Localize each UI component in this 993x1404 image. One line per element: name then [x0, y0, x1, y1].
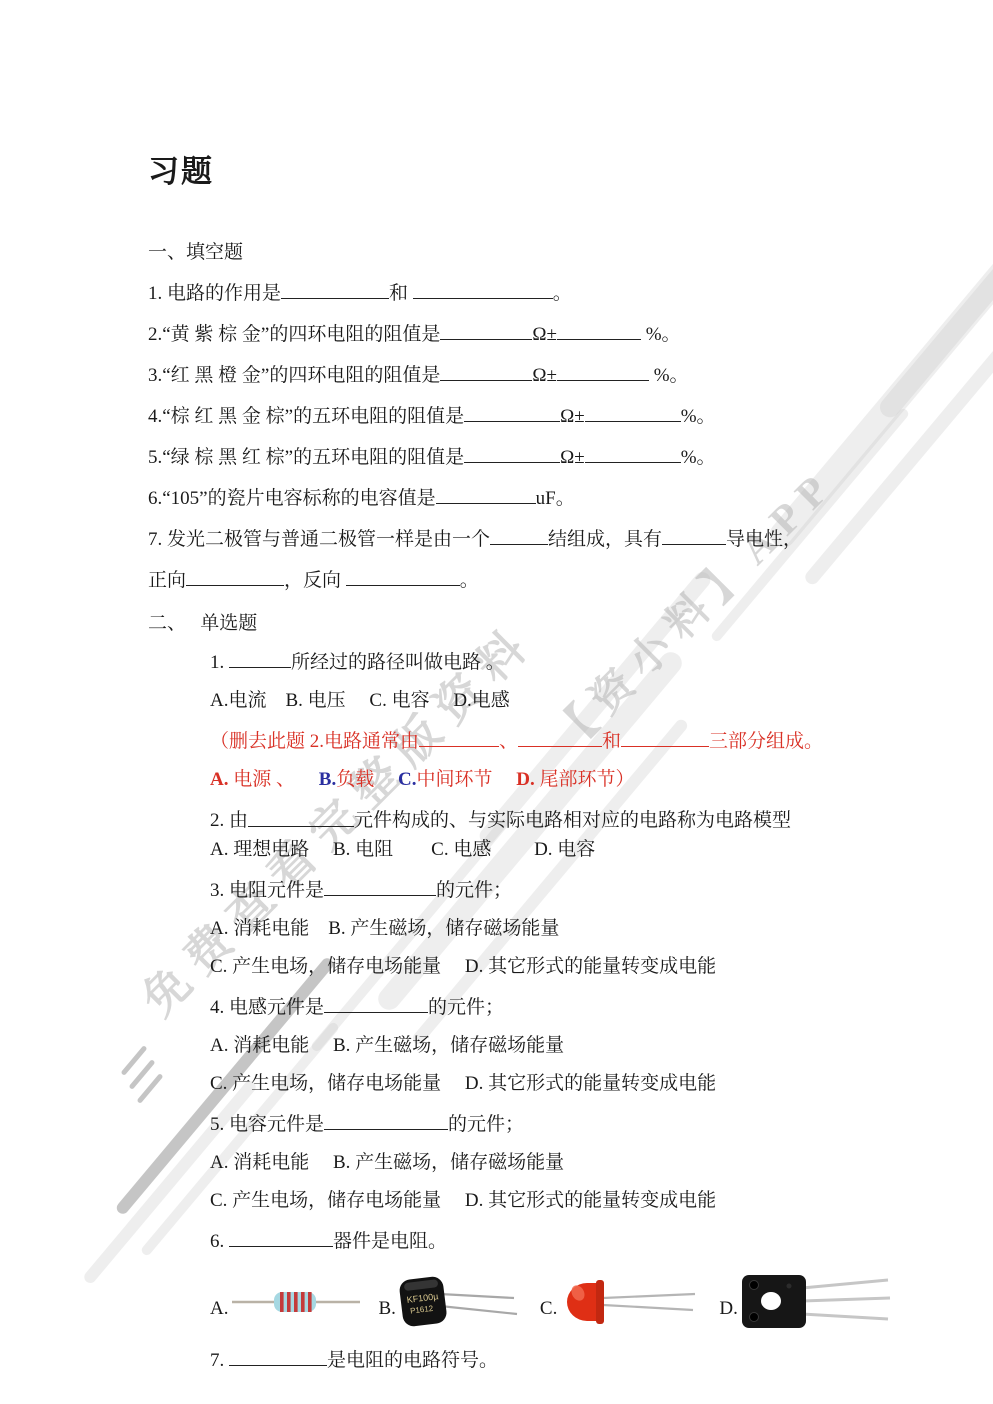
choice-q3-options-cd: C. 产生电场，储存电场能量 D. 其它形式的能量转变成电能	[148, 956, 933, 978]
choice-q7: 7. 是电阻的电路符号。	[148, 1347, 933, 1372]
document-page: 免费查看完整版资料 【资小料】APP 习题 一、填空题 1. 电路的作用是和 。…	[0, 0, 993, 1404]
deleted-question-options: A. 电源 、 B.负载 C.中间环节 D. 尾部环节）	[148, 769, 933, 791]
text-segment: Ω±	[532, 324, 557, 345]
blank-field	[464, 403, 560, 422]
choice-section-bottom: 7. 是电阻的电路符号。	[148, 1347, 933, 1372]
deleted-question: （删去此题 2.电路通常由、和三部分组成。	[148, 728, 933, 753]
text-segment: 2. 由	[210, 811, 248, 832]
text-segment: 的元件；	[436, 880, 512, 901]
text-segment: 、	[499, 731, 518, 752]
text-segment: C. 产生电场，储存电场能量 D. 其它形式的能量转变成电能	[210, 956, 716, 977]
blank-field	[413, 280, 553, 299]
text-segment: 5. 电容元件是	[210, 1114, 324, 1135]
choice-q3-options-ab: A. 消耗电能 B. 产生磁场，储存磁场能量	[148, 918, 933, 940]
choice-section-top: 1. 所经过的路径叫做电路 。A.电流 B. 电压 C. 电容 D.电感（删去此…	[148, 649, 933, 1252]
fill-item-7: 7. 发光二极管与普通二极管一样是由一个结组成，具有导电性，	[148, 526, 933, 551]
text-segment: 1.	[210, 652, 229, 673]
option-a-resistor: A.	[210, 1284, 362, 1320]
component-options-row: A. B.	[148, 1269, 933, 1335]
capacitor-photo: KF100µ P1612	[398, 1274, 518, 1330]
blank-field	[324, 877, 436, 896]
text-segment	[374, 769, 398, 790]
fill-item-4: 4.“棕 红 黑 金 棕”的五环电阻的阻值是Ω±%。	[148, 403, 933, 428]
fill-item-2: 2.“黄 紫 棕 金”的四环电阻的阻值是Ω± %。	[148, 321, 933, 346]
choice-q4-options-ab: A. 消耗电能 B. 产生磁场，储存磁场能量	[148, 1035, 933, 1057]
text-segment: 。	[460, 570, 479, 591]
text-segment: A. 理想电路 B. 电阻 C. 电感 D. 电容	[210, 839, 595, 860]
blank-field	[490, 526, 548, 545]
choice-q2-options: A. 理想电路 B. 电阻 C. 电感 D. 电容	[148, 839, 933, 861]
text-segment: Ω±	[560, 447, 585, 468]
text-segment: %。	[641, 324, 681, 345]
blank-field	[440, 321, 532, 340]
option-b-capacitor: B. KF100µ P1612	[378, 1274, 517, 1330]
blank-field	[324, 994, 428, 1013]
text-segment: 负载	[336, 769, 374, 790]
worksheet-content: 习题 一、填空题 1. 电路的作用是和 。2.“黄 紫 棕 金”的四环电阻的阻值…	[0, 0, 993, 1372]
text-segment	[300, 769, 319, 790]
text-segment: 电源 、	[233, 769, 300, 790]
text-segment: 6.	[210, 1231, 229, 1252]
text-segment: B.	[319, 769, 336, 790]
choice-q4: 4. 电感元件是的元件；	[148, 994, 933, 1019]
text-segment: 5.“绿 棕 黑 红 棕”的五环电阻的阻值是	[148, 447, 464, 468]
text-segment: A.	[210, 769, 233, 790]
text-segment: 和	[602, 731, 621, 752]
text-segment: %。	[681, 447, 716, 468]
blank-field	[585, 444, 681, 463]
blank-field	[557, 362, 649, 381]
section-2-heading: 二、 单选题	[148, 608, 933, 635]
text-segment: （删去此题 2.电路通常由	[210, 731, 419, 752]
text-segment: 是电阻的电路符号。	[327, 1350, 498, 1371]
text-segment: 4. 电感元件是	[210, 997, 324, 1018]
text-segment: A. 消耗电能 B. 产生磁场，储存磁场能量	[210, 1035, 564, 1056]
text-segment: Ω±	[560, 406, 585, 427]
choice-q4-options-cd: C. 产生电场，储存电场能量 D. 其它形式的能量转变成电能	[148, 1073, 933, 1095]
option-c-label: C.	[540, 1298, 557, 1320]
text-segment: 4.“棕 红 黑 金 棕”的五环电阻的阻值是	[148, 406, 464, 427]
text-segment	[492, 769, 516, 790]
blank-field	[186, 567, 284, 586]
blank-field	[229, 1347, 327, 1366]
text-segment: 尾部环节）	[539, 769, 634, 790]
text-segment: %。	[681, 406, 716, 427]
blank-field	[464, 444, 560, 463]
text-segment: D.	[516, 769, 539, 790]
fill-item-1: 1. 电路的作用是和 。	[148, 280, 933, 305]
blank-field	[557, 321, 641, 340]
text-segment: 2.“黄 紫 棕 金”的四环电阻的阻值是	[148, 324, 440, 345]
text-segment: 三部分组成。	[709, 731, 823, 752]
text-segment: 的元件；	[428, 997, 504, 1018]
choice-q3: 3. 电阻元件是的元件；	[148, 877, 933, 902]
choice-q5-options-cd: C. 产生电场，储存电场能量 D. 其它形式的能量转变成电能	[148, 1190, 933, 1212]
blank-field	[436, 485, 536, 504]
option-c-led: C.	[540, 1277, 699, 1327]
option-a-label: A.	[210, 1298, 228, 1320]
text-segment: 所经过的路径叫做电路 。	[291, 652, 505, 673]
option-d-label: D.	[719, 1298, 737, 1320]
text-segment: 正向	[148, 570, 186, 591]
choice-q5-options-ab: A. 消耗电能 B. 产生磁场，储存磁场能量	[148, 1152, 933, 1174]
blank-field	[229, 649, 291, 668]
text-segment: C. 产生电场，储存电场能量 D. 其它形式的能量转变成电能	[210, 1190, 716, 1211]
text-segment: 3. 电阻元件是	[210, 880, 324, 901]
text-segment: A. 消耗电能 B. 产生磁场，储存磁场能量	[210, 918, 559, 939]
blank-field	[281, 280, 389, 299]
text-segment: 3.“红 黑 橙 金”的四环电阻的阻值是	[148, 365, 440, 386]
text-segment: 。	[553, 283, 572, 304]
option-d-transistor: D.	[719, 1272, 891, 1332]
choice-q6: 6. 器件是电阻。	[148, 1228, 933, 1253]
text-segment: C.	[398, 769, 416, 790]
fill-item-6: 6.“105”的瓷片电容标称的电容值是uF。	[148, 485, 933, 510]
blank-field	[324, 1111, 448, 1130]
text-segment: 结组成，具有	[548, 529, 662, 550]
text-segment: %。	[649, 365, 689, 386]
transistor-photo	[740, 1272, 892, 1332]
blank-field	[346, 567, 460, 586]
text-segment: 1. 电路的作用是	[148, 283, 281, 304]
text-segment: A.电流 B. 电压 C. 电容 D.电感	[210, 690, 510, 711]
fill-in-section: 1. 电路的作用是和 。2.“黄 紫 棕 金”的四环电阻的阻值是Ω± %。3.“…	[148, 280, 933, 592]
blank-field	[419, 728, 499, 747]
text-segment: 和	[389, 283, 413, 304]
resistor-photo	[230, 1287, 362, 1317]
blank-field	[585, 403, 681, 422]
fill-item-5: 5.“绿 棕 黑 红 棕”的五环电阻的阻值是Ω±%。	[148, 444, 933, 469]
text-segment: 元件构成的、与实际电路相对应的电路称为电路模型	[354, 811, 791, 832]
text-segment: A. 消耗电能 B. 产生磁场，储存磁场能量	[210, 1152, 564, 1173]
text-segment: C. 产生电场，储存电场能量 D. 其它形式的能量转变成电能	[210, 1073, 716, 1094]
blank-field	[662, 526, 726, 545]
page-title: 习题	[148, 146, 933, 191]
choice-q1-options: A.电流 B. 电压 C. 电容 D.电感	[148, 690, 933, 712]
text-segment: ，反向	[284, 570, 346, 591]
text-segment: uF。	[536, 488, 575, 509]
blank-field	[248, 807, 354, 826]
blank-field	[229, 1228, 333, 1247]
text-segment: 器件是电阻。	[333, 1231, 447, 1252]
choice-q1: 1. 所经过的路径叫做电路 。	[148, 649, 933, 674]
text-segment: Ω±	[532, 365, 557, 386]
fill-item-7-cont: 正向，反向 。	[148, 567, 933, 592]
blank-field	[440, 362, 532, 381]
section-1-heading: 一、填空题	[148, 237, 933, 264]
text-segment: 7.	[210, 1350, 229, 1371]
text-segment: 的元件；	[448, 1114, 524, 1135]
text-segment: 7. 发光二极管与普通二极管一样是由一个	[148, 529, 490, 550]
blank-field	[621, 728, 709, 747]
option-b-label: B.	[378, 1298, 395, 1320]
choice-q5: 5. 电容元件是的元件；	[148, 1111, 933, 1136]
led-photo	[559, 1277, 699, 1327]
blank-field	[518, 728, 602, 747]
text-segment: 导电性，	[726, 529, 802, 550]
choice-q2: 2. 由元件构成的、与实际电路相对应的电路称为电路模型	[148, 807, 933, 832]
text-segment: 中间环节	[416, 769, 492, 790]
text-segment: 6.“105”的瓷片电容标称的电容值是	[148, 488, 436, 509]
fill-item-3: 3.“红 黑 橙 金”的四环电阻的阻值是Ω± %。	[148, 362, 933, 387]
